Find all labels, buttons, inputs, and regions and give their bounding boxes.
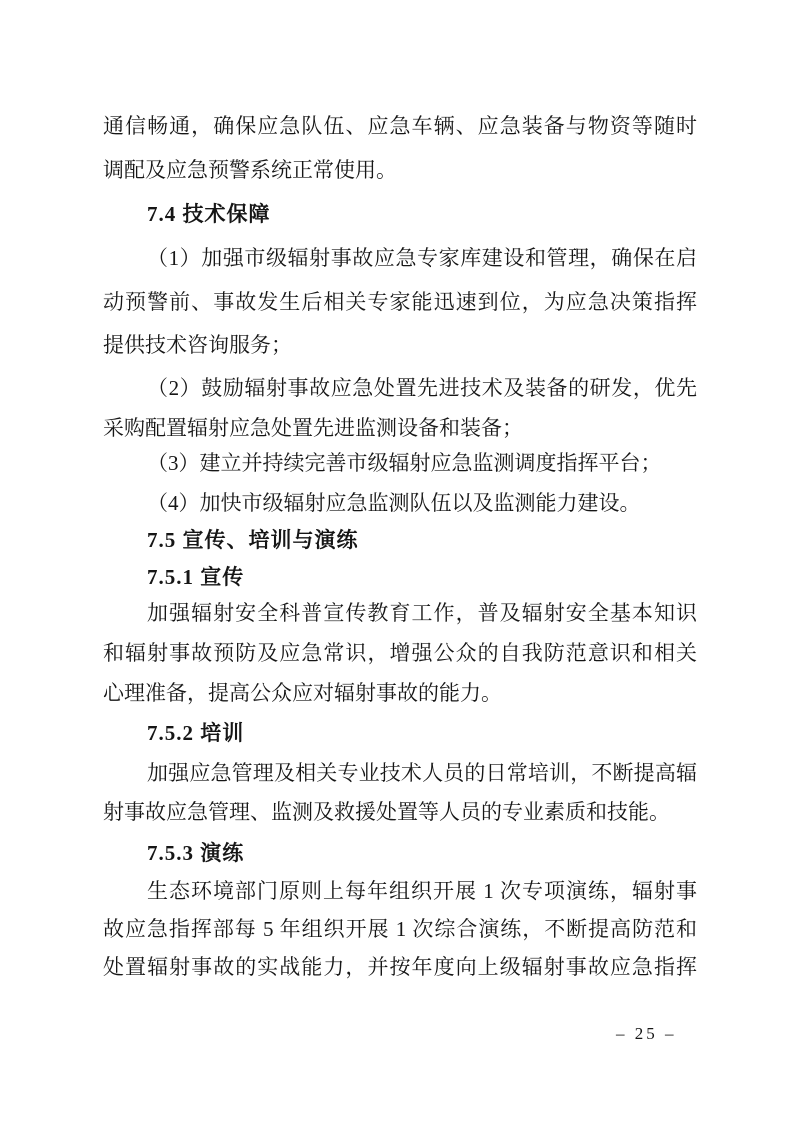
body-line: 加强应急管理及相关专业技术人员的日常培训，不断提高辐 [103, 758, 697, 788]
body-line: 动预警前、事故发生后相关专家能迅速到位，为应急决策指挥 [103, 287, 697, 317]
heading-7-5-2: 7.5.2 培训 [103, 718, 697, 748]
body-line: （4）加快市级辐射应急监测队伍以及监测能力建设。 [103, 488, 697, 518]
body-line: 和辐射事故预防及应急常识，增强公众的自我防范意识和相关 [103, 638, 697, 668]
body-line: 加强辐射安全科普宣传教育工作，普及辐射安全基本知识 [103, 598, 697, 628]
body-line: 射事故应急管理、监测及救援处置等人员的专业素质和技能。 [103, 797, 697, 827]
body-line: 处置辐射事故的实战能力，并按年度向上级辐射事故应急指挥 [103, 952, 697, 982]
heading-7-5-1: 7.5.1 宣传 [103, 562, 697, 592]
body-line: 生态环境部门原则上每年组织开展 1 次专项演练，辐射事 [103, 876, 697, 906]
body-line: 提供技术咨询服务； [103, 330, 697, 360]
body-line: （2）鼓励辐射事故应急处置先进技术及装备的研发，优先 [103, 373, 697, 403]
body-line: 通信畅通，确保应急队伍、应急车辆、应急装备与物资等随时 [103, 111, 697, 141]
heading-7-5: 7.5 宣传、培训与演练 [103, 525, 697, 555]
heading-7-4: 7.4 技术保障 [103, 199, 697, 229]
body-line: （1）加强市级辐射事故应急专家库建设和管理，确保在启 [103, 243, 697, 273]
heading-7-5-3: 7.5.3 演练 [103, 838, 697, 868]
body-line: （3）建立并持续完善市级辐射应急监测调度指挥平台； [103, 448, 697, 478]
page-number: – 25 – [616, 1022, 677, 1046]
body-line: 故应急指挥部每 5 年组织开展 1 次综合演练，不断提高防范和 [103, 914, 697, 944]
document-page: 通信畅通，确保应急队伍、应急车辆、应急装备与物资等随时 调配及应急预警系统正常使… [0, 0, 800, 1131]
body-line: 调配及应急预警系统正常使用。 [103, 155, 697, 185]
body-line: 心理准备，提高公众应对辐射事故的能力。 [103, 678, 697, 708]
body-line: 采购配置辐射应急处置先进监测设备和装备； [103, 413, 697, 443]
